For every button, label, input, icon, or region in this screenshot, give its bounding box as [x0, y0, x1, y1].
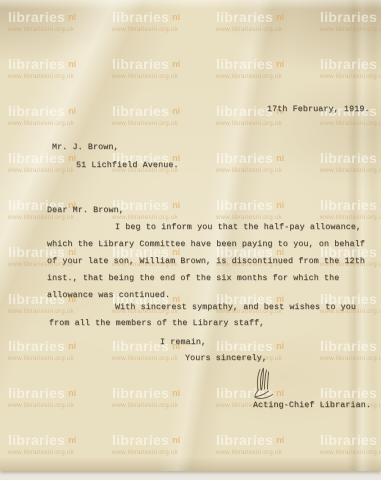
watermark-brand: libraries — [216, 150, 273, 166]
watermark-brand: libraries — [8, 56, 65, 72]
watermark-tile: librariesniwww.librariesni.org.uk — [320, 198, 381, 221]
watermark-url: www.librariesni.org.uk — [320, 74, 381, 80]
watermark-brand: libraries — [216, 56, 273, 72]
watermark-brand: libraries — [216, 197, 273, 213]
watermark-ni-logo: ni — [172, 106, 180, 116]
watermark-url: www.librariesni.org.uk — [8, 74, 114, 80]
salutation: Dear Mr. Brown, — [47, 206, 124, 216]
watermark-url: www.librariesni.org.uk — [112, 215, 218, 221]
watermark-ni-logo: ni — [68, 106, 76, 116]
body-line: of your late son, William Brown, is disc… — [47, 257, 365, 267]
watermark-url: www.librariesni.org.uk — [112, 74, 218, 80]
signature-title: Acting-Chief Librarian. — [253, 401, 371, 411]
watermark-brand: libraries — [8, 338, 65, 354]
watermark-ni-logo: ni — [68, 153, 76, 163]
watermark-url: www.librariesni.org.uk — [320, 121, 381, 127]
watermark-ni-logo: ni — [68, 12, 76, 22]
watermark-brand: libraries — [112, 103, 169, 119]
watermark-brand: libraries — [8, 9, 65, 25]
watermark-brand: libraries — [216, 9, 273, 25]
letter-scan: librariesniwww.librariesni.org.uklibrari… — [0, 0, 381, 480]
watermark-ni-logo: ni — [276, 59, 284, 69]
watermark-ni-logo: ni — [276, 341, 284, 351]
body-line: inst., that being the end of the six mon… — [47, 274, 339, 284]
watermark-ni-logo: ni — [276, 12, 284, 22]
body-line: allowance was continued. — [47, 291, 170, 301]
watermark-url: www.librariesni.org.uk — [216, 27, 322, 33]
watermark-brand: libraries — [112, 56, 169, 72]
watermark-tile: librariesniwww.librariesni.org.uk — [112, 104, 218, 127]
watermark-tile: librariesniwww.librariesni.org.uk — [8, 104, 114, 127]
watermark-brand: libraries — [320, 385, 377, 401]
watermark-url: www.librariesni.org.uk — [8, 121, 114, 127]
recipient-address: 51 Lichfield Avenue. — [76, 161, 179, 171]
signature-mark — [248, 366, 278, 402]
watermark-brand: libraries — [112, 385, 169, 401]
watermark-ni-logo: ni — [68, 341, 76, 351]
watermark-url: www.librariesni.org.uk — [216, 121, 322, 127]
watermark-tile: librariesniwww.librariesni.org.uk — [320, 433, 381, 456]
body-line: With sincerest sympathy, and best wishes… — [115, 303, 356, 313]
watermark-url: www.librariesni.org.uk — [216, 215, 322, 221]
watermark-brand: libraries — [216, 103, 273, 119]
watermark-brand: libraries — [320, 56, 377, 72]
watermark-brand: libraries — [216, 338, 273, 354]
watermark-brand: libraries — [320, 197, 377, 213]
watermark-url: www.librariesni.org.uk — [8, 27, 114, 33]
closing-sincerely: Yours sincerely, — [185, 354, 267, 364]
watermark-url: www.librariesni.org.uk — [8, 403, 114, 409]
watermark-tile: librariesniwww.librariesni.org.uk — [216, 151, 322, 174]
watermark-brand: libraries — [320, 432, 377, 448]
watermark-brand: libraries — [112, 432, 169, 448]
watermark-url: www.librariesni.org.uk — [112, 27, 218, 33]
watermark-url: www.librariesni.org.uk — [8, 309, 114, 315]
watermark-tile: librariesniwww.librariesni.org.uk — [112, 433, 218, 456]
watermark-tile: librariesniwww.librariesni.org.uk — [216, 10, 322, 33]
watermark-url: www.librariesni.org.uk — [8, 450, 114, 456]
watermark-ni-logo: ni — [172, 388, 180, 398]
watermark-tile: librariesniwww.librariesni.org.uk — [112, 10, 218, 33]
watermark-url: www.librariesni.org.uk — [320, 450, 381, 456]
watermark-url: www.librariesni.org.uk — [216, 168, 322, 174]
watermark-url: www.librariesni.org.uk — [320, 168, 381, 174]
watermark-brand: libraries — [8, 385, 65, 401]
watermark-brand: libraries — [8, 103, 65, 119]
watermark-ni-logo: ni — [276, 435, 284, 445]
watermark-url: www.librariesni.org.uk — [216, 74, 322, 80]
watermark-ni-logo: ni — [276, 153, 284, 163]
watermark-brand: libraries — [216, 432, 273, 448]
watermark-ni-logo: ni — [172, 12, 180, 22]
body-line: from all the members of the Library staf… — [49, 319, 264, 329]
watermark-tile: librariesniwww.librariesni.org.uk — [8, 433, 114, 456]
watermark-tile: librariesniwww.librariesni.org.uk — [320, 151, 381, 174]
watermark-url: www.librariesni.org.uk — [320, 27, 381, 33]
body-line: which the Library Committee have been pa… — [47, 240, 365, 250]
watermark-tile: librariesniwww.librariesni.org.uk — [8, 57, 114, 80]
watermark-tile: librariesniwww.librariesni.org.uk — [8, 386, 114, 409]
watermark-tile: librariesniwww.librariesni.org.uk — [216, 198, 322, 221]
watermark-url: www.librariesni.org.uk — [320, 215, 381, 221]
watermark-url: www.librariesni.org.uk — [320, 356, 381, 362]
watermark-brand: libraries — [112, 9, 169, 25]
watermark-tile: librariesniwww.librariesni.org.uk — [112, 386, 218, 409]
watermark-tile: librariesniwww.librariesni.org.uk — [320, 10, 381, 33]
watermark-url: www.librariesni.org.uk — [8, 356, 114, 362]
watermark-ni-logo: ni — [68, 59, 76, 69]
watermark-tile: librariesniwww.librariesni.org.uk — [320, 339, 381, 362]
watermark-ni-logo: ni — [68, 435, 76, 445]
watermark-url: www.librariesni.org.uk — [112, 403, 218, 409]
watermark-tile: librariesniwww.librariesni.org.uk — [216, 57, 322, 80]
watermark-ni-logo: ni — [172, 435, 180, 445]
watermark-url: www.librariesni.org.uk — [112, 450, 218, 456]
watermark-brand: libraries — [320, 9, 377, 25]
letter-paper: librariesniwww.librariesni.org.uklibrari… — [0, 0, 381, 471]
watermark-url: www.librariesni.org.uk — [112, 121, 218, 127]
watermark-tile: librariesniwww.librariesni.org.uk — [112, 57, 218, 80]
watermark-tile: librariesniwww.librariesni.org.uk — [8, 10, 114, 33]
watermark-tile: librariesniwww.librariesni.org.uk — [216, 433, 322, 456]
body-line: I beg to inform you that the half-pay al… — [115, 223, 361, 233]
watermark-ni-logo: ni — [172, 200, 180, 210]
watermark-ni-logo: ni — [68, 388, 76, 398]
watermark-brand: libraries — [320, 150, 377, 166]
watermark-tile: librariesniwww.librariesni.org.uk — [320, 57, 381, 80]
recipient-name: Mr. J. Brown, — [52, 143, 119, 153]
watermark-url: www.librariesni.org.uk — [216, 450, 322, 456]
watermark-ni-logo: ni — [172, 59, 180, 69]
watermark-brand: libraries — [8, 432, 65, 448]
watermark-tile: librariesniwww.librariesni.org.uk — [8, 339, 114, 362]
letter-date: 17th February, 1919. — [267, 105, 370, 115]
watermark-brand: libraries — [320, 338, 377, 354]
watermark-tile: librariesniwww.librariesni.org.uk — [112, 198, 218, 221]
closing-remain: I remain, — [160, 338, 206, 348]
watermark-ni-logo: ni — [276, 200, 284, 210]
